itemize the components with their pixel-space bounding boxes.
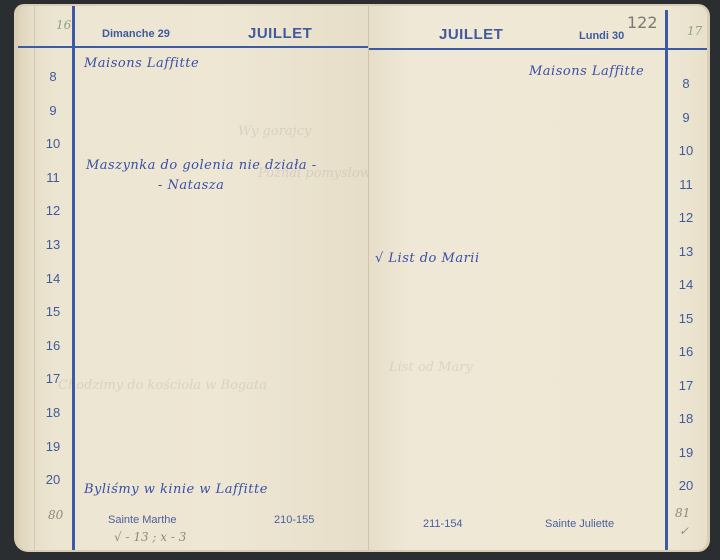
bleed-through-text: Wy gorajcy bbox=[238, 124, 311, 139]
day-count: 211-154 bbox=[423, 518, 463, 530]
handwritten-entry: √ List do Marii bbox=[375, 251, 480, 266]
hour-label: 19 bbox=[38, 439, 68, 454]
hour-label: 20 bbox=[671, 478, 701, 493]
hour-label: 8 bbox=[38, 69, 68, 84]
hour-label: 14 bbox=[38, 271, 68, 286]
hour-label: 13 bbox=[38, 237, 68, 252]
month-title: JUILLET bbox=[439, 26, 503, 43]
day-label: Dimanche 29 bbox=[102, 28, 170, 40]
day-count: 210-155 bbox=[274, 514, 314, 526]
check-mark-icon: ✓ bbox=[679, 524, 689, 538]
handwritten-entry: Maisons Laffitte bbox=[84, 56, 199, 71]
hour-column-rule bbox=[665, 10, 668, 550]
corner-pencil-number: 17 bbox=[687, 24, 702, 38]
hour-column-rule bbox=[72, 6, 75, 550]
hour-label: 8 bbox=[671, 76, 701, 91]
hour-label: 16 bbox=[671, 344, 701, 359]
bottom-pencil-number: 81 bbox=[675, 506, 690, 520]
hour-label: 19 bbox=[671, 445, 701, 460]
hour-label: 17 bbox=[38, 371, 68, 386]
bleed-through-text: List od Mary bbox=[389, 360, 473, 375]
page-edge-stack bbox=[18, 6, 35, 550]
page-number: 122 bbox=[627, 13, 658, 32]
hour-label: 15 bbox=[671, 311, 701, 326]
hour-label: 11 bbox=[671, 177, 701, 192]
month-title: JUILLET bbox=[248, 25, 312, 42]
hour-label: 15 bbox=[38, 304, 68, 319]
day-label: Lundi 30 bbox=[579, 30, 624, 42]
header-rule bbox=[18, 46, 368, 48]
left-page: Wy gorajcy Poznal pomyslowy Chodzimy do … bbox=[18, 6, 368, 550]
hour-label: 18 bbox=[671, 411, 701, 426]
saint-name: Sainte Marthe bbox=[108, 514, 176, 526]
handwritten-entry: Maisons Laffitte bbox=[529, 64, 644, 79]
hour-label: 18 bbox=[38, 405, 68, 420]
hour-label: 9 bbox=[671, 110, 701, 125]
hour-label: 14 bbox=[671, 277, 701, 292]
handwritten-entry: Byliśmy w kinie w Laffitte bbox=[84, 482, 268, 497]
corner-pencil-number: 16 bbox=[56, 18, 71, 32]
hour-label: 12 bbox=[38, 203, 68, 218]
hour-label: 13 bbox=[671, 244, 701, 259]
header-rule bbox=[369, 48, 707, 50]
hour-label: 17 bbox=[671, 378, 701, 393]
handwritten-entry-continued: - Natasza bbox=[158, 178, 224, 193]
hour-label: 10 bbox=[38, 136, 68, 151]
handwritten-entry: Maszynka do golenia nie działa - bbox=[86, 158, 317, 173]
hour-label: 16 bbox=[38, 338, 68, 353]
hour-label: 10 bbox=[671, 143, 701, 158]
right-page: List od Mary 122 17 JUILLET Lundi 30 8 9… bbox=[368, 6, 707, 550]
hour-label: 12 bbox=[671, 210, 701, 225]
diary-book: Wy gorajcy Poznal pomyslowy Chodzimy do … bbox=[14, 4, 710, 552]
hour-label: 20 bbox=[38, 472, 68, 487]
bleed-through-text: Chodzimy do kościoła w Bogata bbox=[58, 378, 267, 393]
hour-label: 11 bbox=[38, 170, 68, 185]
saint-name: Sainte Juliette bbox=[545, 518, 614, 530]
bottom-pencil-number: 80 bbox=[48, 508, 63, 522]
pencil-tally-note: √ - 13 ; x - 3 bbox=[114, 530, 186, 544]
hour-label: 9 bbox=[38, 103, 68, 118]
